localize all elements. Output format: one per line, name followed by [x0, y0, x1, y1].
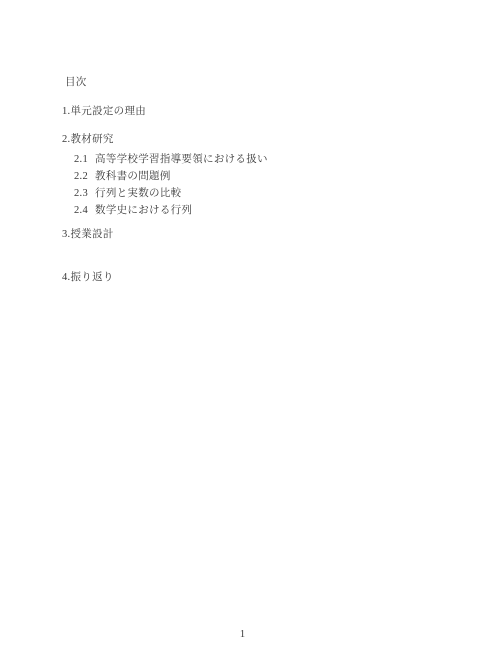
toc-item-label: 教材研究: [70, 134, 113, 145]
toc-item-label: 高等学校学習指導要領における扱い: [95, 154, 268, 165]
toc-item-number: 2.1: [74, 154, 88, 166]
toc-subitem: 2.4数学史における行列: [74, 205, 192, 217]
toc-item-number: 2.2: [74, 171, 88, 183]
document-page: 目次 1.単元設定の理由 2.教材研究 2.1高等学校学習指導要領における扱い …: [0, 0, 485, 658]
toc-title: 目次: [65, 77, 87, 89]
toc-item: 4.振り返り: [62, 272, 114, 284]
toc-item-label: 授業設計: [70, 229, 113, 240]
toc-item: 2.教材研究: [62, 134, 114, 146]
toc-item-number: 2.4: [74, 205, 88, 217]
toc-item: 1.単元設定の理由: [62, 106, 146, 118]
toc-subitem: 2.1高等学校学習指導要領における扱い: [74, 154, 268, 166]
toc-item-label: 行列と実数の比較: [95, 188, 181, 199]
toc-item-label: 単元設定の理由: [70, 106, 146, 117]
toc-subitem: 2.2教科書の問題例: [74, 171, 171, 183]
toc-item: 3.授業設計: [62, 229, 114, 241]
toc-item-label: 教科書の問題例: [95, 171, 171, 182]
toc-subitem: 2.3行列と実数の比較: [74, 188, 181, 200]
toc-item-label: 振り返り: [70, 272, 113, 283]
toc-item-number: 2.3: [74, 188, 88, 200]
toc-item-label: 数学史における行列: [95, 205, 192, 216]
page-number: 1: [0, 629, 485, 641]
